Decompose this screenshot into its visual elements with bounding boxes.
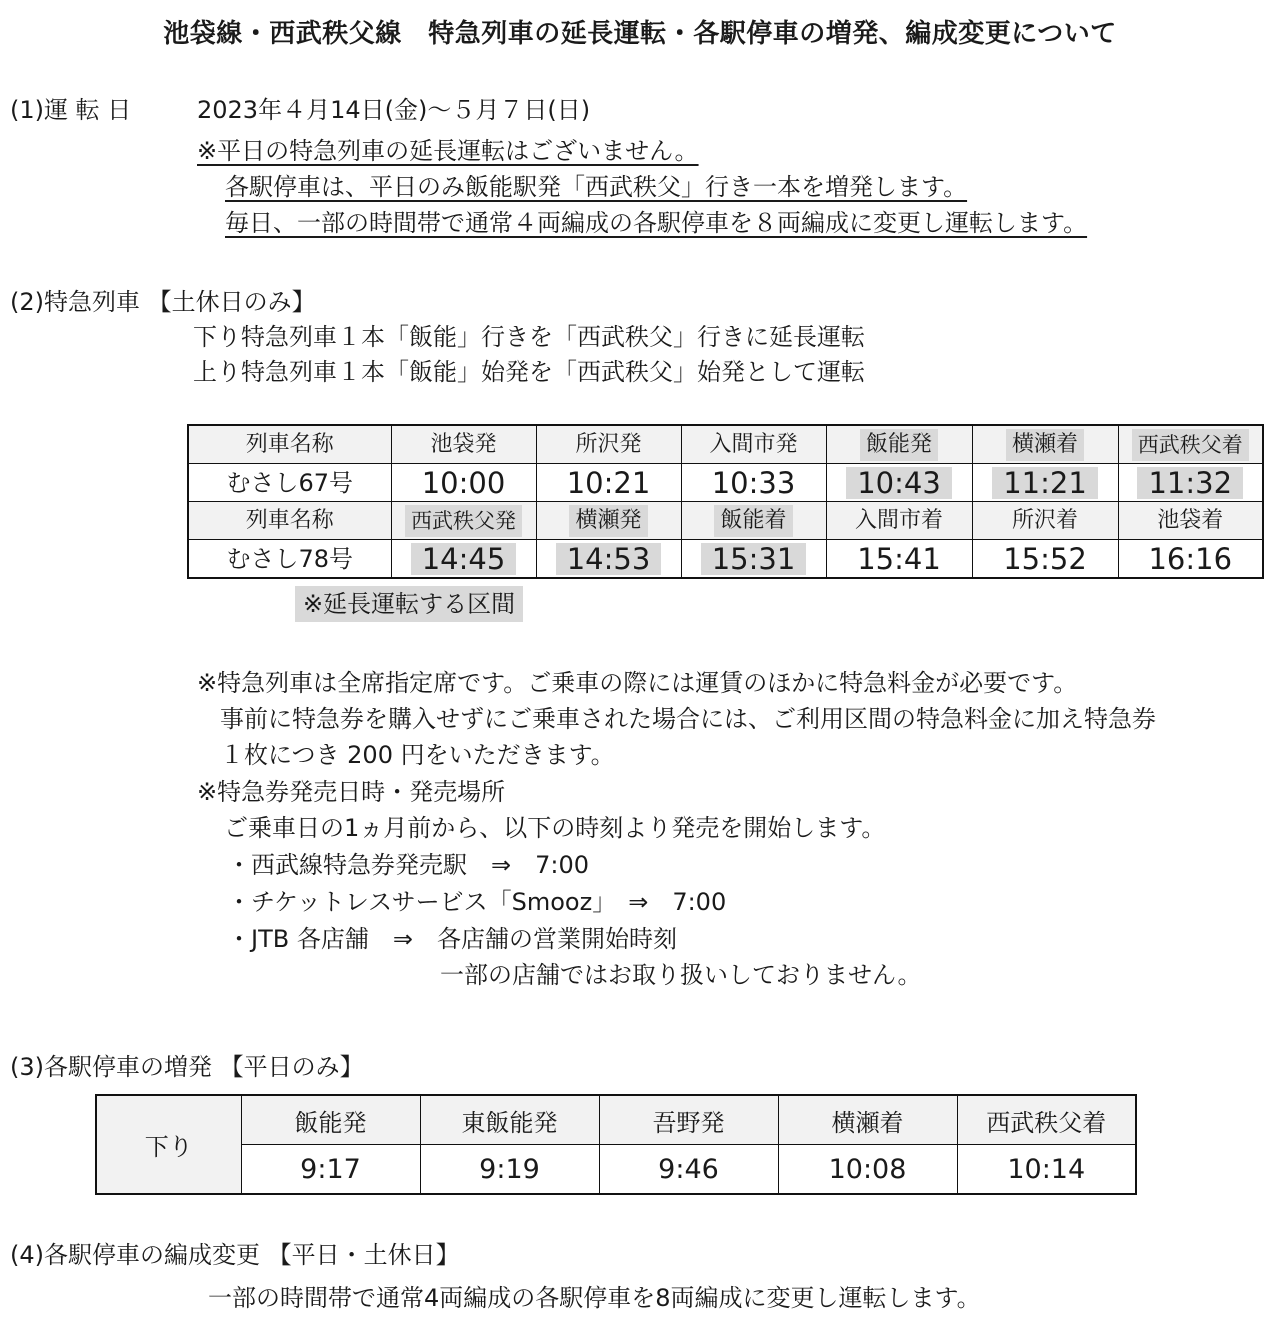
section1-note: 各駅停車は、平日のみ飯能駅発「西武秩父」行き一本を増発します。	[225, 172, 967, 203]
cell-text: 入間市発	[709, 432, 797, 458]
cell-text: 16:16	[1148, 545, 1232, 573]
station-header-cell: 入間市発	[681, 425, 826, 464]
cell-text-highlighted: 横瀬着	[1006, 429, 1084, 461]
cell-text-highlighted: 西武秩父着	[1132, 429, 1249, 461]
section2-line: 下り特急列車１本「飯能」行きを「西武秩父」行きに延長運転	[193, 322, 865, 353]
train-name-cell: むさし67号	[188, 464, 391, 502]
sales-note: ・JTB 各店舗 ⇒ 各店舗の営業開始時刻	[227, 924, 677, 955]
table-row: 9:17 9:19 9:46 10:08 10:14	[96, 1145, 1136, 1195]
direction-cell: 下り	[96, 1095, 241, 1194]
time-cell: 10:08	[778, 1145, 957, 1195]
time-cell: 14:53	[536, 540, 681, 579]
cell-text: 東飯能発	[462, 1109, 558, 1137]
time-cell: 9:17	[241, 1145, 420, 1195]
time-cell: 15:41	[826, 540, 972, 579]
cell-text: 10:08	[829, 1154, 907, 1185]
cell-text: むさし67号	[226, 469, 353, 497]
station-header-cell: 所沢発	[536, 425, 681, 464]
cell-text: 下り	[145, 1133, 193, 1161]
table-row: むさし78号 14:45 14:53 15:31 15:41 15:52 16:…	[188, 540, 1263, 579]
train-name-header-cell: 列車名称	[188, 502, 391, 540]
cell-text: 入間市着	[855, 508, 943, 534]
cell-text: 飯能発	[295, 1109, 367, 1137]
sales-note: ご乗車日の1ヵ月前から、以下の時刻より発売を開始します。	[224, 813, 885, 844]
cell-text: 10:14	[1007, 1154, 1085, 1185]
page-title: 池袋線・西武秩父線 特急列車の延長運転・各駅停車の増発、編成変更について	[0, 13, 1280, 50]
station-header-cell: 飯能着	[681, 502, 826, 540]
station-header-cell: 吾野発	[599, 1095, 778, 1145]
fare-note: ※特急列車は全席指定席です。ご乗車の際には運賃のほかに特急料金が必要です。	[197, 668, 1077, 699]
cell-text: 10:33	[712, 469, 796, 497]
sales-heading: ※特急券発売日時・発売場所	[197, 777, 505, 808]
sales-note: ・チケットレスサービス「Smooz」 ⇒ 7:00	[227, 887, 726, 918]
station-header-cell: 横瀬着	[778, 1095, 957, 1145]
section4-body: 一部の時間帯で通常4両編成の各駅停車を8両編成に変更し運転します。	[208, 1283, 981, 1314]
station-header-cell: 入間市着	[826, 502, 972, 540]
cell-text: 15:52	[1003, 545, 1087, 573]
cell-text: 列車名称	[246, 508, 334, 534]
station-header-cell: 西武秩父着	[957, 1095, 1136, 1145]
cell-text: 所沢発	[575, 432, 641, 458]
express-timetable: 列車名称 池袋発 所沢発 入間市発 飯能発 横瀬着 西武秩父着 むさし67号 1…	[187, 424, 1264, 579]
cell-text-highlighted: 14:53	[556, 543, 662, 575]
cell-text: 列車名称	[246, 432, 334, 458]
station-header-cell: 池袋発	[391, 425, 536, 464]
document-page: 池袋線・西武秩父線 特急列車の延長運転・各駅停車の増発、編成変更について (1)…	[0, 0, 1280, 1318]
cell-text: 池袋着	[1157, 508, 1223, 534]
section2-heading: (2)特急列車 【土休日のみ】	[10, 287, 316, 318]
station-header-cell: 横瀬発	[536, 502, 681, 540]
cell-text: 吾野発	[653, 1109, 725, 1137]
section1-heading: (1)運 転 日	[10, 95, 131, 126]
cell-text-highlighted: 11:32	[1137, 467, 1243, 499]
time-cell: 15:31	[681, 540, 826, 579]
sales-note: 一部の店舗ではお取り扱いしておりません。	[440, 960, 921, 991]
table-row: むさし67号 10:00 10:21 10:33 10:43 11:21 11:…	[188, 464, 1263, 502]
station-header-cell: 東飯能発	[420, 1095, 599, 1145]
time-cell: 16:16	[1118, 540, 1263, 579]
cell-text: 池袋発	[430, 432, 496, 458]
cell-text-highlighted: 飯能発	[860, 429, 938, 461]
cell-text: 9:19	[479, 1154, 540, 1185]
table-row: 下り 飯能発 東飯能発 吾野発 横瀬着 西武秩父着	[96, 1095, 1136, 1145]
station-header-cell: 西武秩父発	[391, 502, 536, 540]
cell-text-highlighted: 飯能着	[714, 505, 792, 537]
section1-note: 毎日、一部の時間帯で通常４両編成の各駅停車を８両編成に変更し運転します。	[225, 208, 1087, 239]
station-header-cell: 飯能発	[241, 1095, 420, 1145]
section2-line: 上り特急列車１本「飯能」始発を「西武秩父」始発として運転	[193, 357, 865, 388]
time-cell: 14:45	[391, 540, 536, 579]
section3-heading: (3)各駅停車の増発 【平日のみ】	[10, 1052, 364, 1083]
cell-text: 10:21	[567, 469, 651, 497]
station-header-cell: 西武秩父着	[1118, 425, 1263, 464]
station-header-cell: 池袋着	[1118, 502, 1263, 540]
cell-text-highlighted: 15:31	[701, 543, 807, 575]
cell-text-highlighted: 西武秩父発	[405, 505, 522, 537]
cell-text: むさし78号	[226, 545, 353, 573]
time-cell: 9:19	[420, 1145, 599, 1195]
cell-text: 横瀬着	[832, 1109, 904, 1137]
cell-text: 9:17	[300, 1154, 361, 1185]
time-cell: 10:21	[536, 464, 681, 502]
time-cell: 15:52	[972, 540, 1118, 579]
sales-note: ・西武線特急券発売駅 ⇒ 7:00	[227, 850, 589, 881]
cell-text: 10:00	[422, 469, 506, 497]
section1-note: ※平日の特急列車の延長運転はございません。	[197, 136, 699, 167]
time-cell: 11:32	[1118, 464, 1263, 502]
station-header-cell: 所沢着	[972, 502, 1118, 540]
cell-text: 所沢着	[1012, 508, 1078, 534]
time-cell: 10:43	[826, 464, 972, 502]
fare-note: 事前に特急券を購入せずにご乗車された場合には、ご利用区間の特急料金に加え特急券	[220, 704, 1156, 735]
time-cell: 9:46	[599, 1145, 778, 1195]
station-header-cell: 飯能発	[826, 425, 972, 464]
time-cell: 11:21	[972, 464, 1118, 502]
train-name-cell: むさし78号	[188, 540, 391, 579]
cell-text-highlighted: 14:45	[411, 543, 517, 575]
time-cell: 10:00	[391, 464, 536, 502]
extension-segment-legend: ※延長運転する区間	[295, 586, 523, 622]
cell-text: 15:41	[857, 545, 941, 573]
table-row: 列車名称 西武秩父発 横瀬発 飯能着 入間市着 所沢着 池袋着	[188, 502, 1263, 540]
cell-text: 西武秩父着	[986, 1109, 1106, 1137]
fare-note: １枚につき 200 円をいただきます。	[220, 740, 615, 771]
cell-text-highlighted: 11:21	[992, 467, 1098, 499]
time-cell: 10:14	[957, 1145, 1136, 1195]
local-train-timetable: 下り 飯能発 東飯能発 吾野発 横瀬着 西武秩父着 9:17 9:19 9:46…	[95, 1094, 1137, 1195]
time-cell: 10:33	[681, 464, 826, 502]
section1-date: 2023年４月14日(金)～５月７日(日)	[197, 95, 590, 126]
cell-text-highlighted: 横瀬発	[569, 505, 647, 537]
cell-text-highlighted: 10:43	[846, 467, 952, 499]
section4-heading: (4)各駅停車の編成変更 【平日・土休日】	[10, 1240, 460, 1271]
cell-text: 9:46	[658, 1154, 719, 1185]
train-name-header-cell: 列車名称	[188, 425, 391, 464]
station-header-cell: 横瀬着	[972, 425, 1118, 464]
table-row: 列車名称 池袋発 所沢発 入間市発 飯能発 横瀬着 西武秩父着	[188, 425, 1263, 464]
